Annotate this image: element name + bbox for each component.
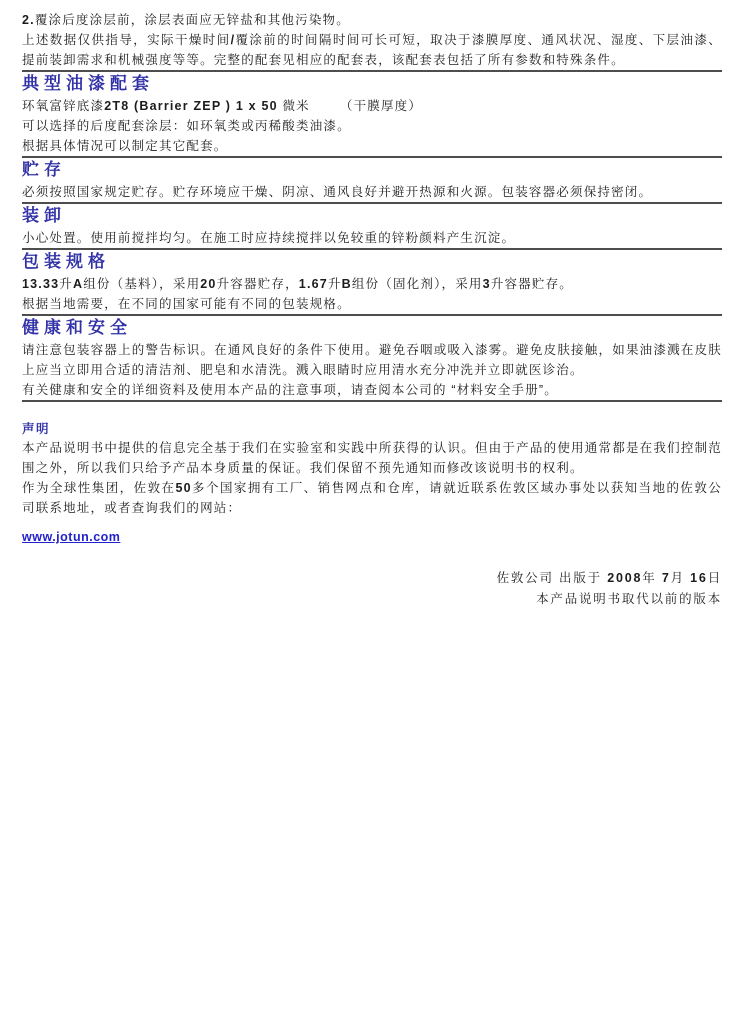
section-title-handling: 装卸 xyxy=(22,204,722,228)
handling-paragraph: 小心处置。使用前搅拌均匀。在施工时应持续搅拌以免较重的锌粉颜料产生沉淀。 xyxy=(22,228,722,248)
other-systems-note: 根据具体情况可以制定其它配套。 xyxy=(22,136,722,156)
publication-date: 佐敦公司 出版于 2008年 7月 16日 xyxy=(22,568,722,589)
website-link-row: www.jotun.com xyxy=(22,528,722,546)
document-page: 2.覆涂后度涂层前，涂层表面应无锌盐和其他污染物。 上述数据仅供指导，实际干燥时… xyxy=(0,0,750,610)
overcoat-note: 2.覆涂后度涂层前，涂层表面应无锌盐和其他污染物。 xyxy=(22,10,722,30)
guidance-paragraph: 上述数据仅供指导，实际干燥时间/覆涂前的时间隔时间可长可短，取决于漆膜厚度、通风… xyxy=(22,30,722,70)
packaging-local-note: 根据当地需要，在不同的国家可能有不同的包装规格。 xyxy=(22,294,722,314)
msds-reference-paragraph: 有关健康和安全的详细资料及使用本产品的注意事项，请查阅本公司的 “材料安全手册”… xyxy=(22,380,722,400)
health-warning-paragraph: 请注意包装容器上的警告标识。在通风良好的条件下使用。避免吞咽或吸入漆雾。避免皮肤… xyxy=(22,340,722,380)
storage-paragraph: 必须按照国家规定贮存。贮存环境应干燥、阴凉、通风良好并避开热源和火源。包装容器必… xyxy=(22,182,722,202)
section-title-packaging: 包装规格 xyxy=(22,250,722,274)
section-title-disclaimer: 声明 xyxy=(22,420,722,438)
topcoat-options: 可以选择的后度配套涂层：如环氧类或丙稀酸类油漆。 xyxy=(22,116,722,136)
section-divider xyxy=(22,400,722,402)
disclaimer-paragraph: 本产品说明书中提供的信息完全基于我们在实验室和实践中所获得的认识。但由于产品的使… xyxy=(22,438,722,478)
dft-note: （干膜厚度） xyxy=(340,99,422,113)
product-spec-line: 环氧富锌底漆2T8 (Barrier ZEP ) 1 x 50 微米（干膜厚度） xyxy=(22,96,722,116)
section-title-paint-system: 典型油漆配套 xyxy=(22,72,722,96)
product-spec: 环氧富锌底漆2T8 (Barrier ZEP ) 1 x 50 微米 xyxy=(22,99,310,113)
global-contact-paragraph: 作为全球性集团，佐敦在50多个国家拥有工厂、销售网点和仓库，请就近联系佐敦区域办… xyxy=(22,478,722,518)
supersedes-note: 本产品说明书取代以前的版本 xyxy=(22,589,722,610)
packaging-sizes: 13.33升A组份（基料），采用20升容器贮存，1.67升B组份（固化剂），采用… xyxy=(22,274,722,294)
section-title-health-safety: 健康和安全 xyxy=(22,316,722,340)
jotun-website-link[interactable]: www.jotun.com xyxy=(22,530,120,544)
section-title-storage: 贮存 xyxy=(22,158,722,182)
publication-footer: 佐敦公司 出版于 2008年 7月 16日 本产品说明书取代以前的版本 xyxy=(22,568,722,610)
